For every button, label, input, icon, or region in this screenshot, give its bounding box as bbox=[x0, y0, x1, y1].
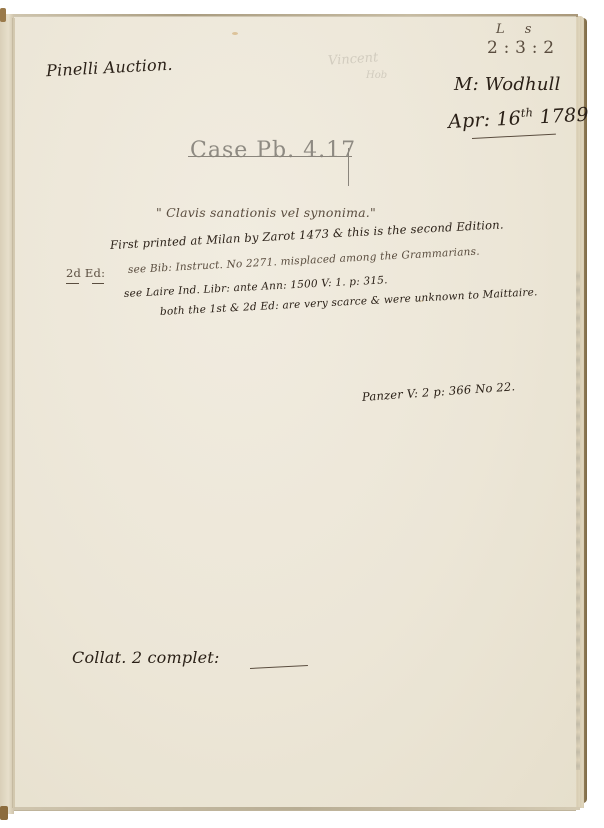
binding-corner-bottom bbox=[0, 806, 8, 820]
shelfmark-struck-through: Case Pb. 4.17 bbox=[190, 138, 356, 163]
binding-corner-top bbox=[0, 8, 6, 22]
foxing-spot bbox=[232, 32, 238, 35]
shelfmark-vertical-stroke bbox=[348, 148, 349, 186]
date-year: 1789 bbox=[539, 104, 589, 129]
flyleaf-page bbox=[14, 16, 576, 811]
collation-note: Collat. 2 complet: bbox=[72, 648, 220, 667]
gutter-fold bbox=[12, 18, 15, 808]
title-quote: " Clavis sanationis vel synonima." bbox=[156, 205, 376, 220]
margin-label-underline bbox=[66, 283, 79, 284]
page-bottom-edge bbox=[14, 807, 580, 810]
shelfmark-strike-line bbox=[188, 156, 352, 157]
second-edition-margin-label: 2d Ed: bbox=[66, 266, 105, 280]
price-currency-marks: L s bbox=[496, 22, 539, 37]
date-day: Apr: 16 bbox=[448, 107, 522, 133]
margin-label-underline-2 bbox=[92, 283, 104, 284]
owner-name: M: Wodhull bbox=[454, 74, 561, 95]
faint-pencil-note-line2: Hob bbox=[366, 70, 387, 81]
date-suffix: th bbox=[520, 105, 533, 120]
price: 2 : 3 : 2 bbox=[487, 38, 554, 58]
